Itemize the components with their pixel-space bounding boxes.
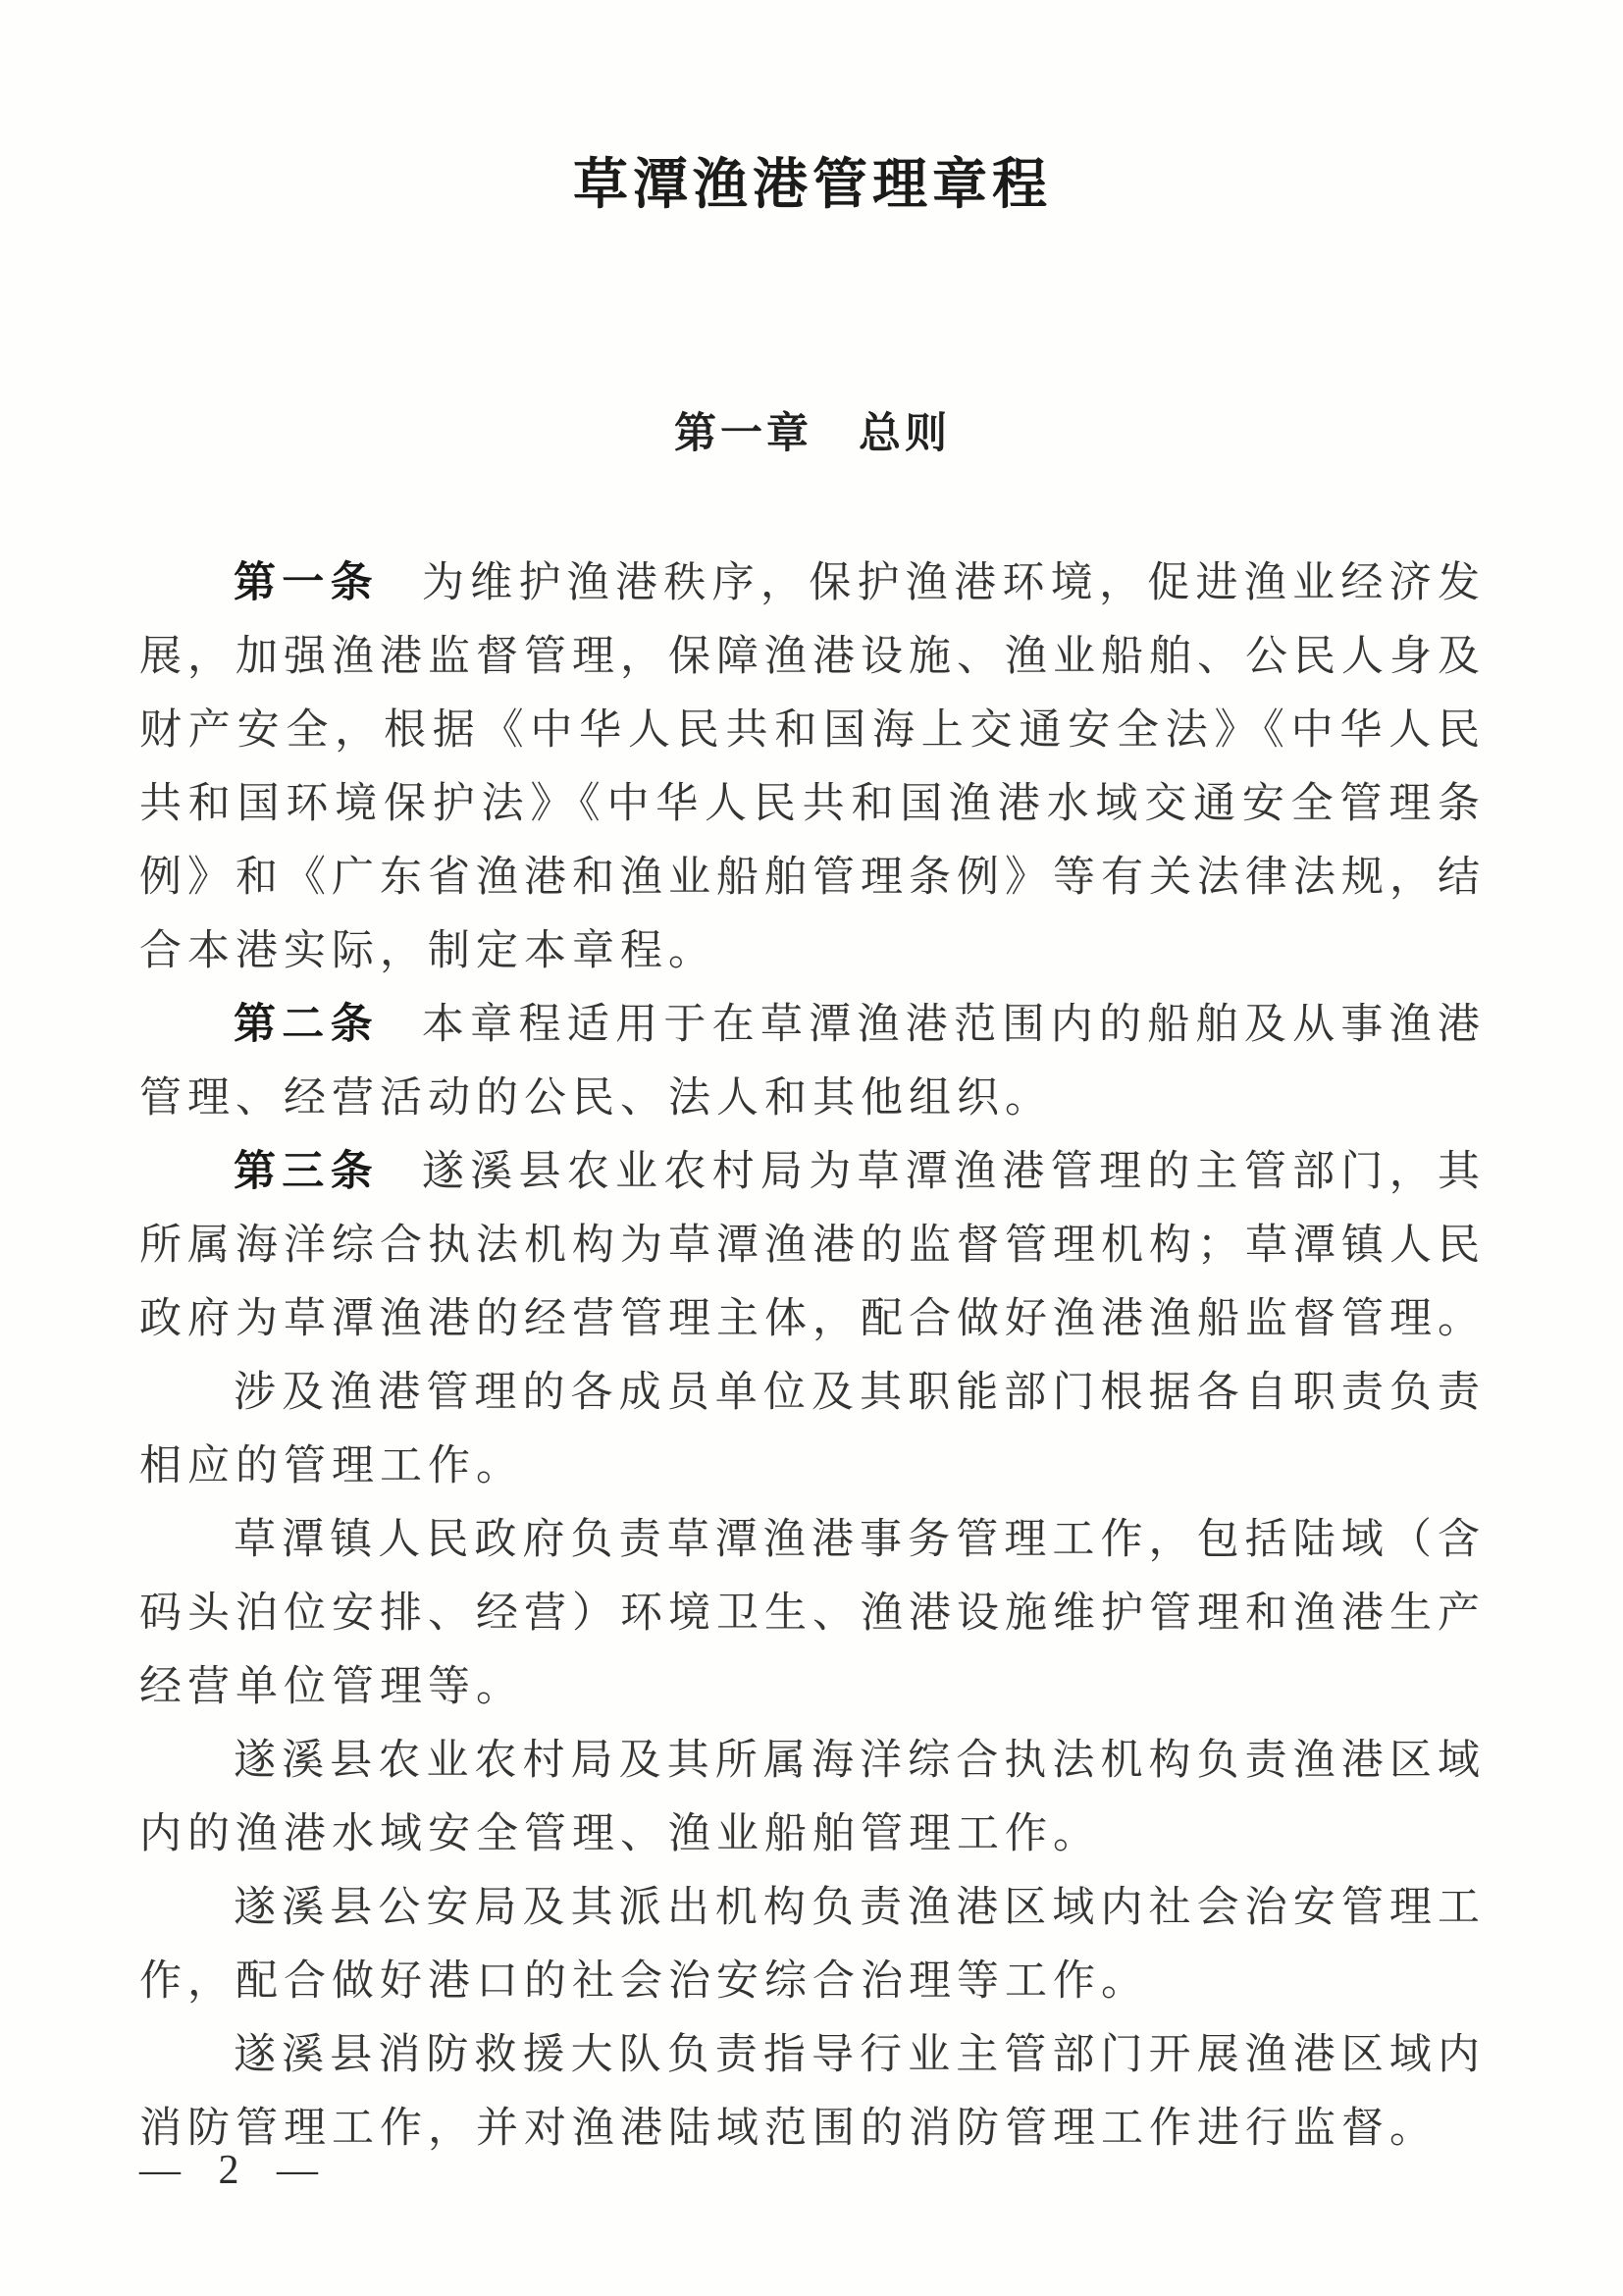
paragraph: 遂溪县消防救援大队负责指导行业主管部门开展渔港区域内消防管理工作，并对渔港陆域范… bbox=[139, 2018, 1486, 2166]
paragraph-text: 遂溪县农业农村局及其所属海洋综合执法机构负责渔港区域内的渔港水域安全管理、渔业船… bbox=[139, 1738, 1486, 1857]
paragraph: 遂溪县公安局及其派出机构负责渔港区域内社会治安管理工作，配合做好港口的社会治安综… bbox=[139, 1871, 1486, 2018]
paragraph: 第二条本章程适用于在草潭渔港范围内的船舶及从事渔港管理、经营活动的公民、法人和其… bbox=[139, 988, 1486, 1135]
paragraph: 草潭镇人民政府负责草潭渔港事务管理工作，包括陆域（含码头泊位安排、经营）环境卫生… bbox=[139, 1503, 1486, 1724]
chapter-heading: 第一章 总则 bbox=[139, 404, 1486, 463]
document-page: 草潭渔港管理章程 第一章 总则 第一条为维护渔港秩序，保护渔港环境，促进渔业经济… bbox=[0, 0, 1623, 2296]
paragraph-text: 涉及渔港管理的各成员单位及其职能部门根据各自职责负责相应的管理工作。 bbox=[139, 1370, 1486, 1489]
paragraph: 遂溪县农业农村局及其所属海洋综合执法机构负责渔港区域内的渔港水域安全管理、渔业船… bbox=[139, 1724, 1486, 1871]
paragraph-text: 为维护渔港秩序，保护渔港环境，促进渔业经济发展，加强渔港监督管理，保障渔港设施、… bbox=[139, 560, 1486, 974]
article-number: 第二条 bbox=[234, 1001, 379, 1048]
article-number: 第三条 bbox=[234, 1148, 379, 1195]
article-number: 第一条 bbox=[234, 559, 379, 606]
paragraph: 第三条遂溪县农业农村局为草潭渔港管理的主管部门，其所属海洋综合执法机构为草潭渔港… bbox=[139, 1135, 1486, 1356]
document-body: 第一条为维护渔港秩序，保护渔港环境，促进渔业经济发展，加强渔港监督管理，保障渔港… bbox=[139, 547, 1486, 2166]
paragraph-text: 遂溪县消防救援大队负责指导行业主管部门开展渔港区域内消防管理工作，并对渔港陆域范… bbox=[139, 2032, 1486, 2152]
paragraph: 第一条为维护渔港秩序，保护渔港环境，促进渔业经济发展，加强渔港监督管理，保障渔港… bbox=[139, 547, 1486, 988]
paragraph-text: 草潭镇人民政府负责草潭渔港事务管理工作，包括陆域（含码头泊位安排、经营）环境卫生… bbox=[139, 1517, 1486, 1710]
paragraph-text: 遂溪县公安局及其派出机构负责渔港区域内社会治安管理工作，配合做好港口的社会治安综… bbox=[139, 1885, 1486, 2005]
page-number: — 2 — bbox=[139, 2147, 332, 2194]
paragraph: 涉及渔港管理的各成员单位及其职能部门根据各自职责负责相应的管理工作。 bbox=[139, 1356, 1486, 1503]
document-title: 草潭渔港管理章程 bbox=[139, 147, 1486, 222]
